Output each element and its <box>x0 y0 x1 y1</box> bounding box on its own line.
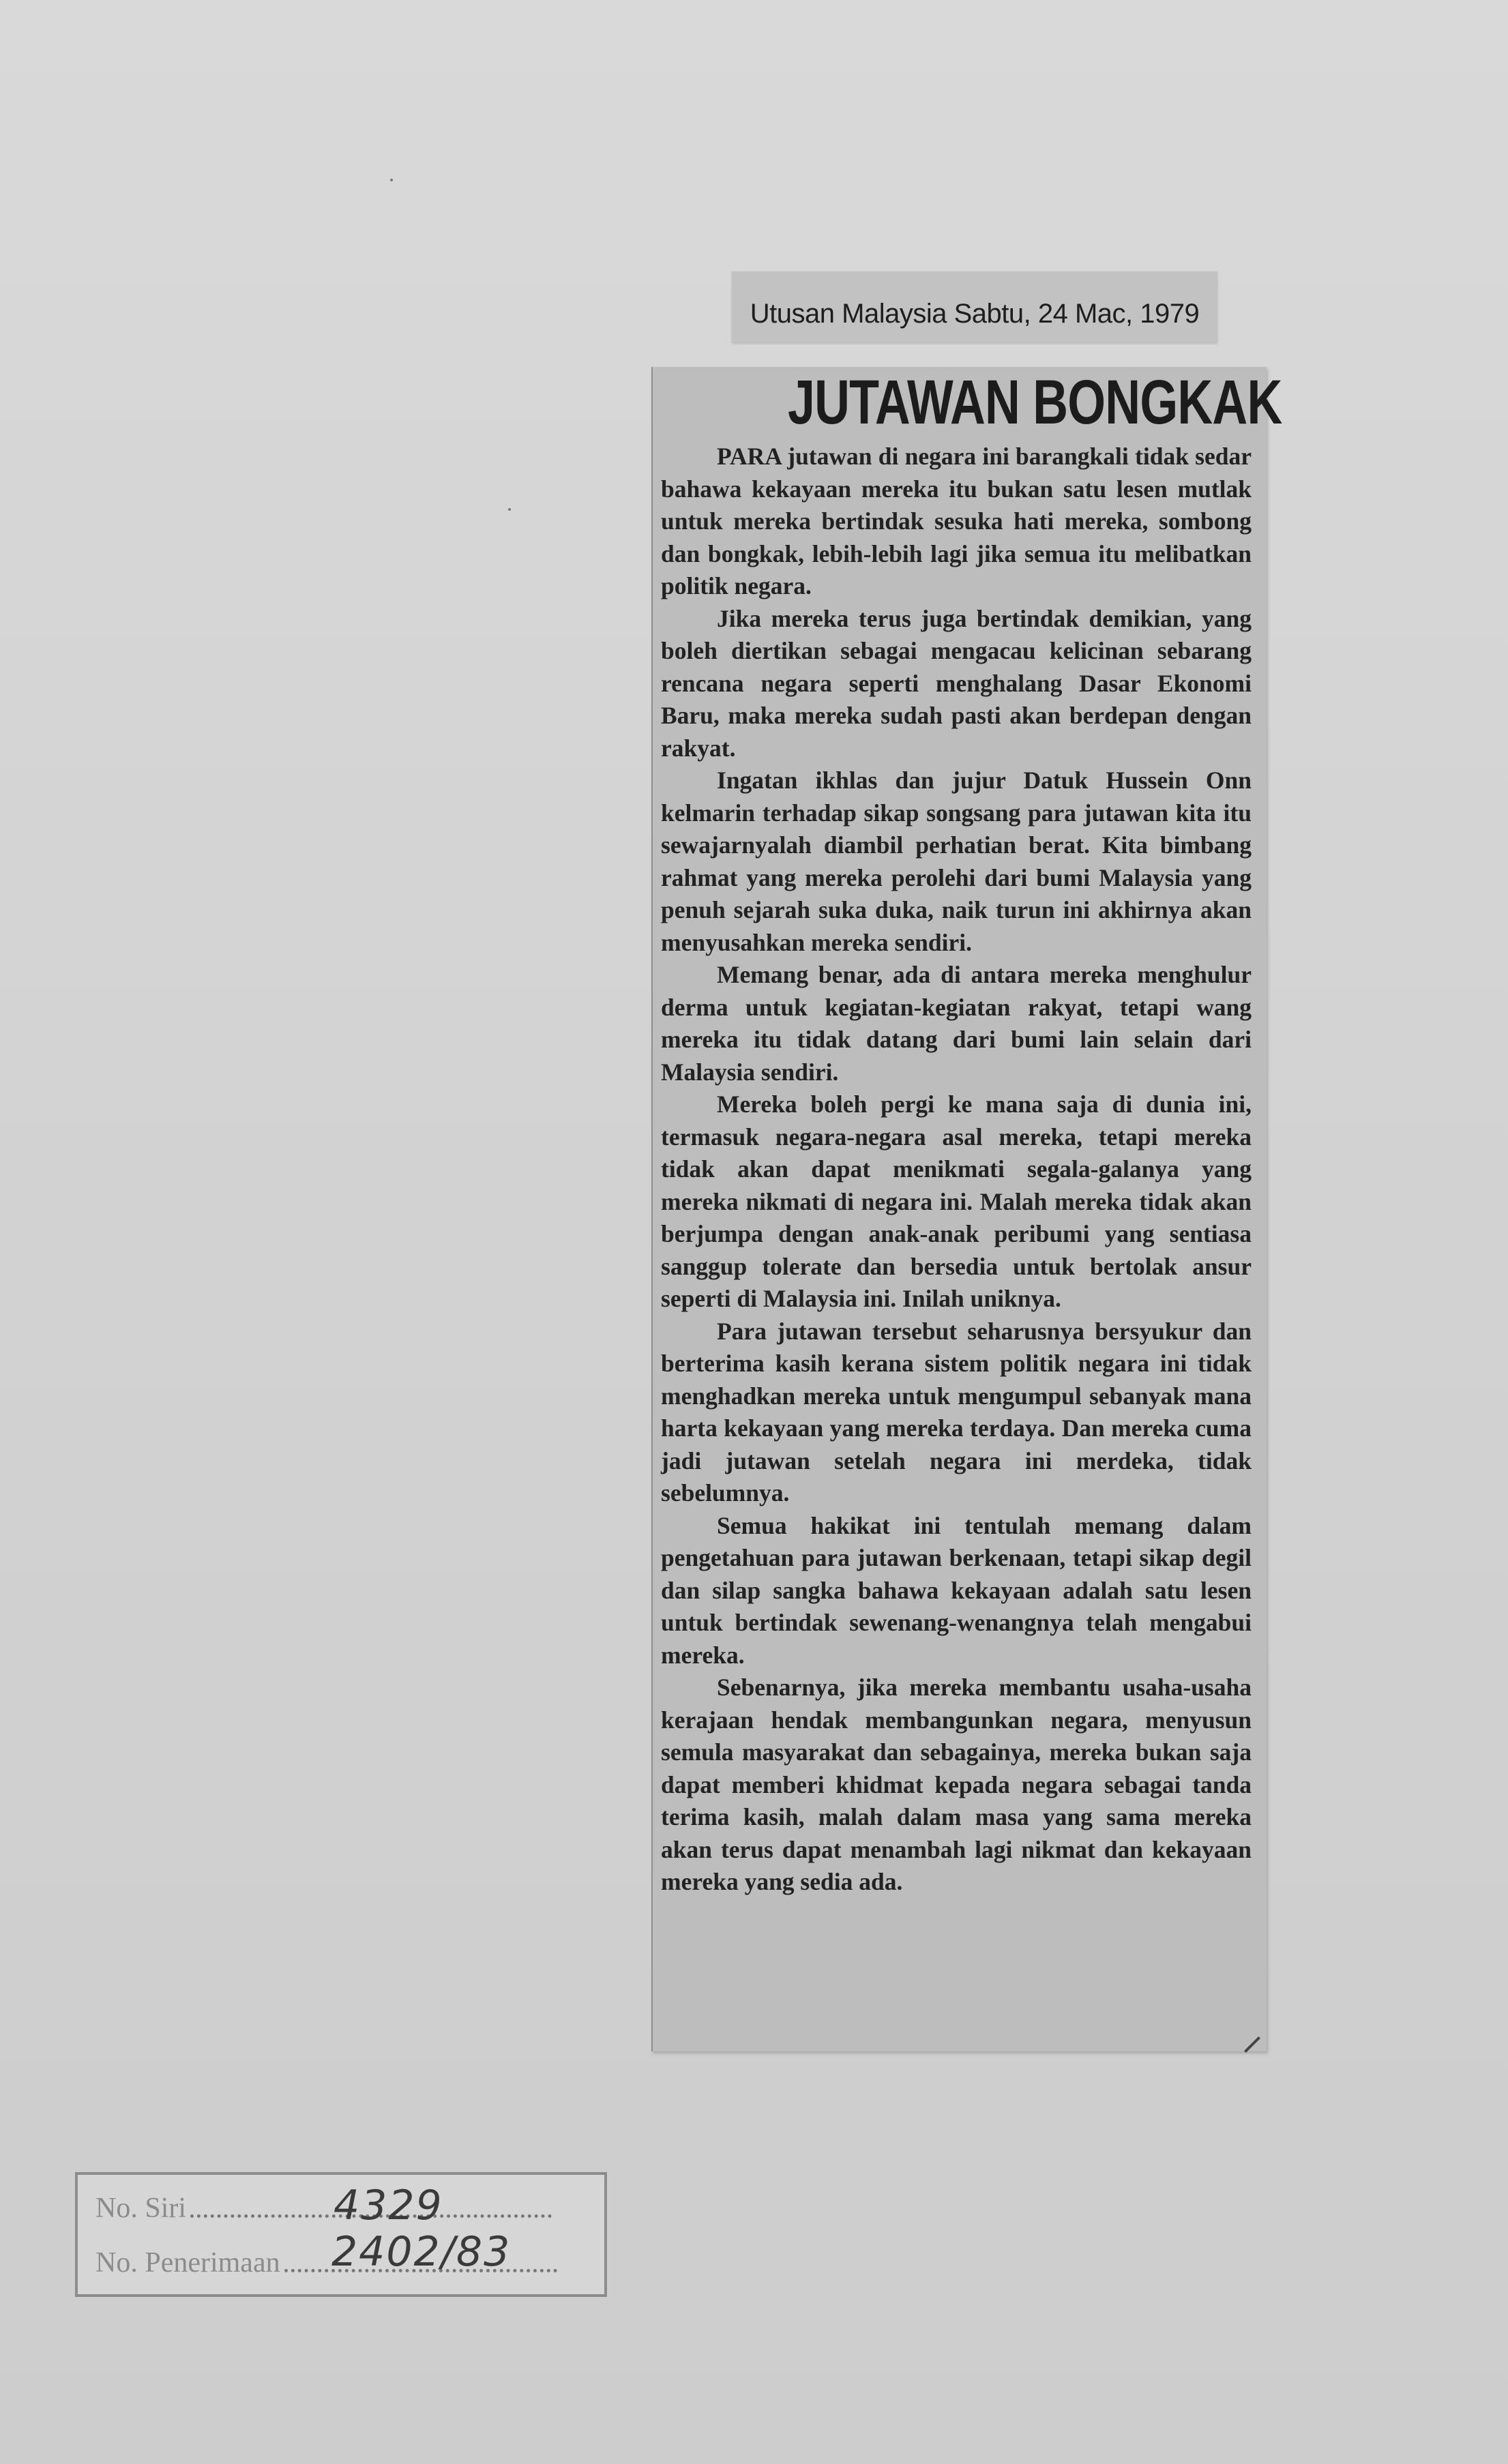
article-paragraph: Ingatan ikhlas dan jujur Datuk Hussein O… <box>661 765 1252 959</box>
article-paragraph: PARA jutawan di negara ini barangkali ti… <box>661 441 1252 603</box>
newspaper-dateline-strip: Utusan Malaysia Sabtu, 24 Mac, 1979 <box>732 271 1217 342</box>
receipt-handwritten-value: 2402/83 <box>331 2228 511 2276</box>
serial-handwritten-value: 4329 <box>334 2182 443 2229</box>
serial-label: No. Siri <box>95 2192 186 2225</box>
paper-speck <box>508 508 511 511</box>
paper-speck <box>390 179 393 181</box>
article-paragraph: Sebenarnya, jika mereka membantu usaha-u… <box>661 1672 1252 1899</box>
article-paragraph: Para jutawan tersebut seharusnya bersyuk… <box>661 1316 1252 1510</box>
newspaper-clipping: JUTAWAN BONGKAK PARA jutawan di negara i… <box>651 367 1267 2051</box>
registry-stamp: No. Siri No. Penerimaan 4329 2402/83 <box>75 2172 607 2297</box>
article-paragraph: Jika mereka terus juga bertindak demikia… <box>661 603 1252 765</box>
receipt-label: No. Penerimaan <box>95 2246 280 2279</box>
end-mark-icon <box>1244 2036 1260 2053</box>
article-headline: JUTAWAN BONGKAK <box>788 367 1267 434</box>
dateline-text: Utusan Malaysia Sabtu, 24 Mac, 1979 <box>750 299 1199 329</box>
article-paragraph: Memang benar, ada di antara mereka mengh… <box>661 959 1252 1088</box>
article-body: PARA jutawan di negara ini barangkali ti… <box>653 434 1267 1899</box>
article-paragraph: Mereka boleh pergi ke mana saja di dunia… <box>661 1088 1252 1316</box>
serial-number-row: No. Siri <box>95 2192 552 2225</box>
article-paragraph: Semua hakikat ini tentulah memang dalam … <box>661 1510 1252 1672</box>
